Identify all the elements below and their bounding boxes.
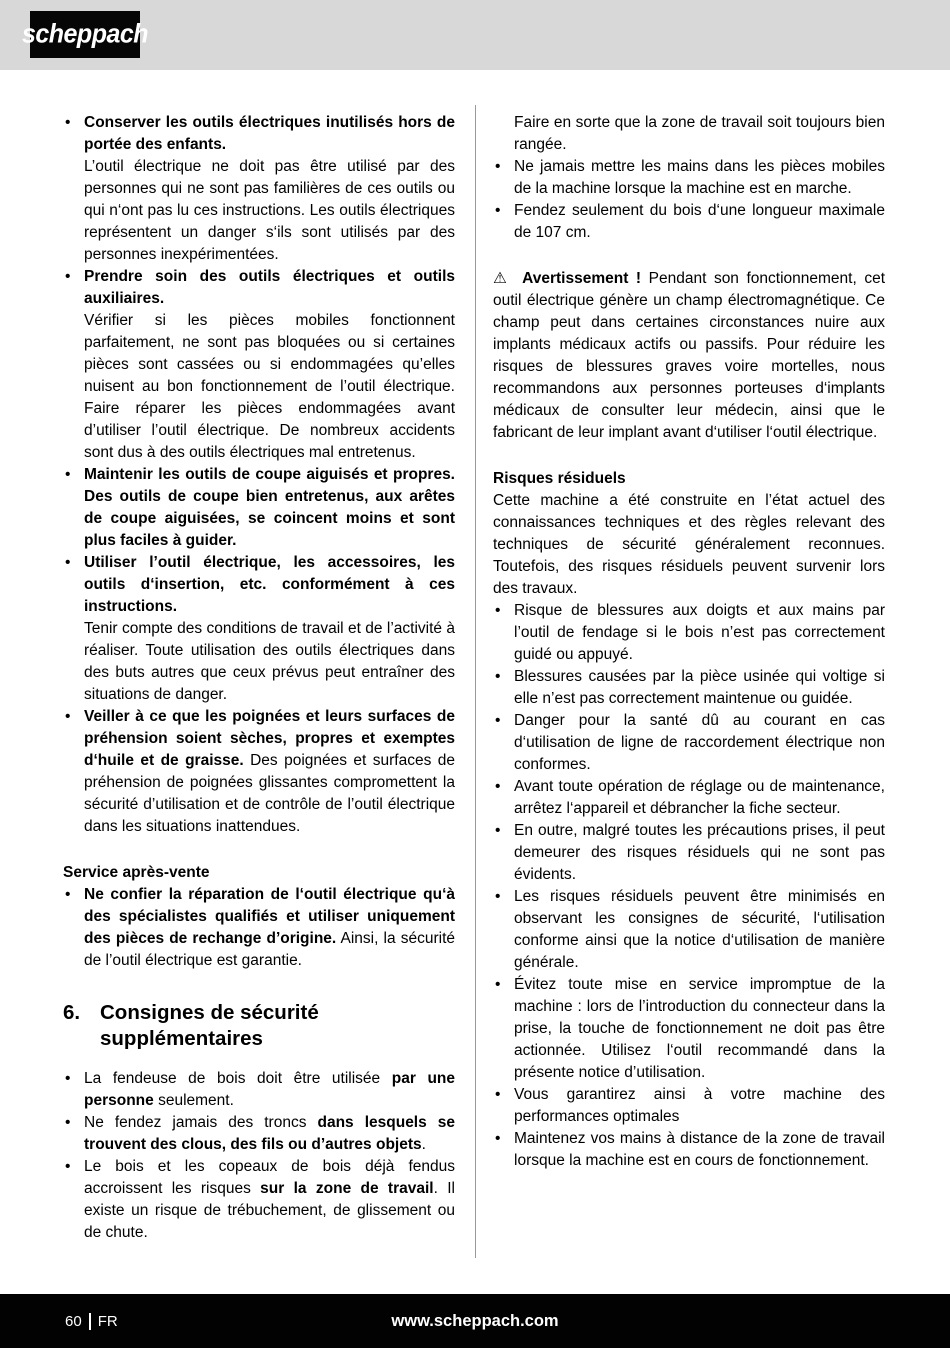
bullet-item: •Les risques résiduels peuvent être mini… (493, 886, 885, 974)
bullet-item: •La fendeuse de bois doit être utilisée … (63, 1068, 455, 1112)
scheppach-logo: scheppach (30, 11, 140, 58)
bullet-text: La fendeuse de bois doit être utilisée p… (84, 1068, 455, 1112)
bullet-marker: • (63, 1112, 84, 1156)
bullet-text: Ne fendez jamais des troncs dans lesquel… (84, 1112, 455, 1156)
bullet-text: Évitez toute mise en service impromptue … (514, 974, 885, 1084)
text-segment: Risque de blessures aux doigts et aux ma… (514, 602, 885, 663)
text-segment: La fendeuse de bois doit être utilisée (84, 1070, 392, 1087)
paragraph: ⚠ Avertissement ! Pendant son fonctionne… (493, 268, 885, 444)
section-title: Consignes de sécurité supplémentaires (100, 1000, 455, 1052)
bullet-marker: • (493, 776, 514, 820)
bullet-marker: • (63, 1156, 84, 1244)
text-segment: Blessures causées par la pièce usinée qu… (514, 668, 885, 707)
scheppach-logo-text: scheppach (22, 19, 148, 50)
bullet-text: Ne jamais mettre les mains dans les pièc… (514, 156, 885, 200)
text-segment: . (422, 1136, 426, 1153)
bullet-marker: • (493, 666, 514, 710)
text-segment: Pendant son fonctionnement, cet outil él… (493, 270, 885, 441)
bullet-item: •Le bois et les copeaux de bois déjà fen… (63, 1156, 455, 1244)
bullet-text: Vous garantirez ainsi à votre machine de… (514, 1084, 885, 1128)
section-heading: 6.Consignes de sécurité supplémentaires (63, 1000, 455, 1052)
bullet-text: Le bois et les copeaux de bois déjà fend… (84, 1156, 455, 1244)
bullet-marker: • (63, 112, 84, 266)
bullet-item: •Conserver les outils électriques inutil… (63, 112, 455, 266)
text-segment: Cette machine a été construite en l’état… (493, 492, 885, 597)
text-segment: Fendez seulement du bois d‘une longueur … (514, 202, 885, 241)
bullet-item: •Blessures causées par la pièce usinée q… (493, 666, 885, 710)
bullet-text: Maintenir les outils de coupe aiguisés e… (84, 464, 455, 552)
text-segment: Faire en sorte que la zone de travail so… (514, 114, 885, 153)
page-header: scheppach (0, 0, 950, 70)
bullet-marker: • (493, 886, 514, 974)
text-segment: seulement. (154, 1092, 234, 1109)
bullet-text: En outre, malgré toutes les précautions … (514, 820, 885, 886)
continuation-paragraph: Faire en sorte que la zone de travail so… (493, 112, 885, 156)
bullet-text: Maintenez vos mains à distance de la zon… (514, 1128, 885, 1172)
text-segment: En outre, malgré toutes les précautions … (514, 822, 885, 883)
text-segment: Tenir compte des conditions de travail e… (84, 620, 455, 703)
page-footer: 60 FR www.scheppach.com (0, 1294, 950, 1348)
bullet-marker: • (493, 1084, 514, 1128)
manual-page: scheppach •Conserver les outils électriq… (0, 0, 950, 1348)
bullet-marker: • (493, 1128, 514, 1172)
bullet-text: Prendre soin des outils électriques et o… (84, 266, 455, 464)
bullet-item: •Maintenir les outils de coupe aiguisés … (63, 464, 455, 552)
bullet-text: Ne confier la réparation de l‘outil élec… (84, 884, 455, 972)
text-segment: L’outil électrique ne doit pas être util… (84, 158, 455, 263)
text-segment: Avant toute opération de réglage ou de m… (514, 778, 885, 817)
bullet-item: •Veiller à ce que les poignées et leurs … (63, 706, 455, 838)
text-segment: Maintenez vos mains à distance de la zon… (514, 1130, 885, 1169)
website-url: www.scheppach.com (0, 1294, 950, 1348)
bullet-item: •Maintenez vos mains à distance de la zo… (493, 1128, 885, 1172)
bullet-marker: • (493, 600, 514, 666)
bullet-text: Blessures causées par la pièce usinée qu… (514, 666, 885, 710)
section-number: 6. (63, 1000, 100, 1052)
bullet-item: •Risque de blessures aux doigts et aux m… (493, 600, 885, 666)
text-segment: Évitez toute mise en service impromptue … (514, 976, 885, 1081)
text-segment: Les risques résiduels peuvent être minim… (514, 888, 885, 971)
bullet-text: Les risques résiduels peuvent être minim… (514, 886, 885, 974)
text-segment: Prendre soin des outils électriques et o… (84, 268, 455, 307)
bullet-marker: • (63, 884, 84, 972)
bullet-text: Avant toute opération de réglage ou de m… (514, 776, 885, 820)
right-column: Faire en sorte que la zone de travail so… (493, 112, 885, 1244)
bullet-text: Risque de blessures aux doigts et aux ma… (514, 600, 885, 666)
text-segment: Utiliser l’outil électrique, les accesso… (84, 554, 455, 615)
bullet-item: •Avant toute opération de réglage ou de … (493, 776, 885, 820)
bullet-text: Utiliser l’outil électrique, les accesso… (84, 552, 455, 706)
text-segment: Vous garantirez ainsi à votre machine de… (514, 1086, 885, 1125)
text-segment: Avertissement ! (515, 270, 641, 287)
warning-triangle-icon: ⚠ (493, 270, 510, 287)
bullet-marker: • (63, 464, 84, 552)
bullet-item: •Ne fendez jamais des troncs dans lesque… (63, 1112, 455, 1156)
bullet-item: •En outre, malgré toutes les précautions… (493, 820, 885, 886)
text-segment: sur la zone de travail (260, 1180, 433, 1197)
bullet-item: •Évitez toute mise en service impromptue… (493, 974, 885, 1084)
bullet-item: •Prendre soin des outils électriques et … (63, 266, 455, 464)
page-content: •Conserver les outils électriques inutil… (63, 112, 885, 1244)
text-segment: Ne fendez jamais des troncs (84, 1114, 318, 1131)
bullet-marker: • (63, 552, 84, 706)
bullet-marker: • (493, 200, 514, 244)
bullet-marker: • (63, 1068, 84, 1112)
bullet-marker: • (63, 706, 84, 838)
text-segment: Ne jamais mettre les mains dans les pièc… (514, 158, 885, 197)
bullet-text: Danger pour la santé dû au courant en ca… (514, 710, 885, 776)
bullet-text: Conserver les outils électriques inutili… (84, 112, 455, 266)
bullet-marker: • (493, 974, 514, 1084)
bullet-item: •Ne confier la réparation de l‘outil éle… (63, 884, 455, 972)
text-segment: Maintenir les outils de coupe aiguisés e… (84, 466, 455, 549)
bullet-text: Fendez seulement du bois d‘une longueur … (514, 200, 885, 244)
bullet-marker: • (493, 156, 514, 200)
left-column: •Conserver les outils électriques inutil… (63, 112, 455, 1244)
text-segment: Vérifier si les pièces mobiles fonctionn… (84, 312, 455, 461)
subheading: Risques résiduels (493, 468, 885, 490)
bullet-marker: • (493, 820, 514, 886)
bullet-marker: • (493, 710, 514, 776)
bullet-item: •Ne jamais mettre les mains dans les piè… (493, 156, 885, 200)
paragraph: Cette machine a été construite en l’état… (493, 490, 885, 600)
bullet-item: •Danger pour la santé dû au courant en c… (493, 710, 885, 776)
text-segment: Danger pour la santé dû au courant en ca… (514, 712, 885, 773)
bullet-item: •Fendez seulement du bois d‘une longueur… (493, 200, 885, 244)
bullet-text: Veiller à ce que les poignées et leurs s… (84, 706, 455, 838)
bullet-item: •Vous garantirez ainsi à votre machine d… (493, 1084, 885, 1128)
bullet-item: •Utiliser l’outil électrique, les access… (63, 552, 455, 706)
bullet-marker: • (63, 266, 84, 464)
subheading: Service après-vente (63, 862, 455, 884)
text-segment: Conserver les outils électriques inutili… (84, 114, 455, 153)
